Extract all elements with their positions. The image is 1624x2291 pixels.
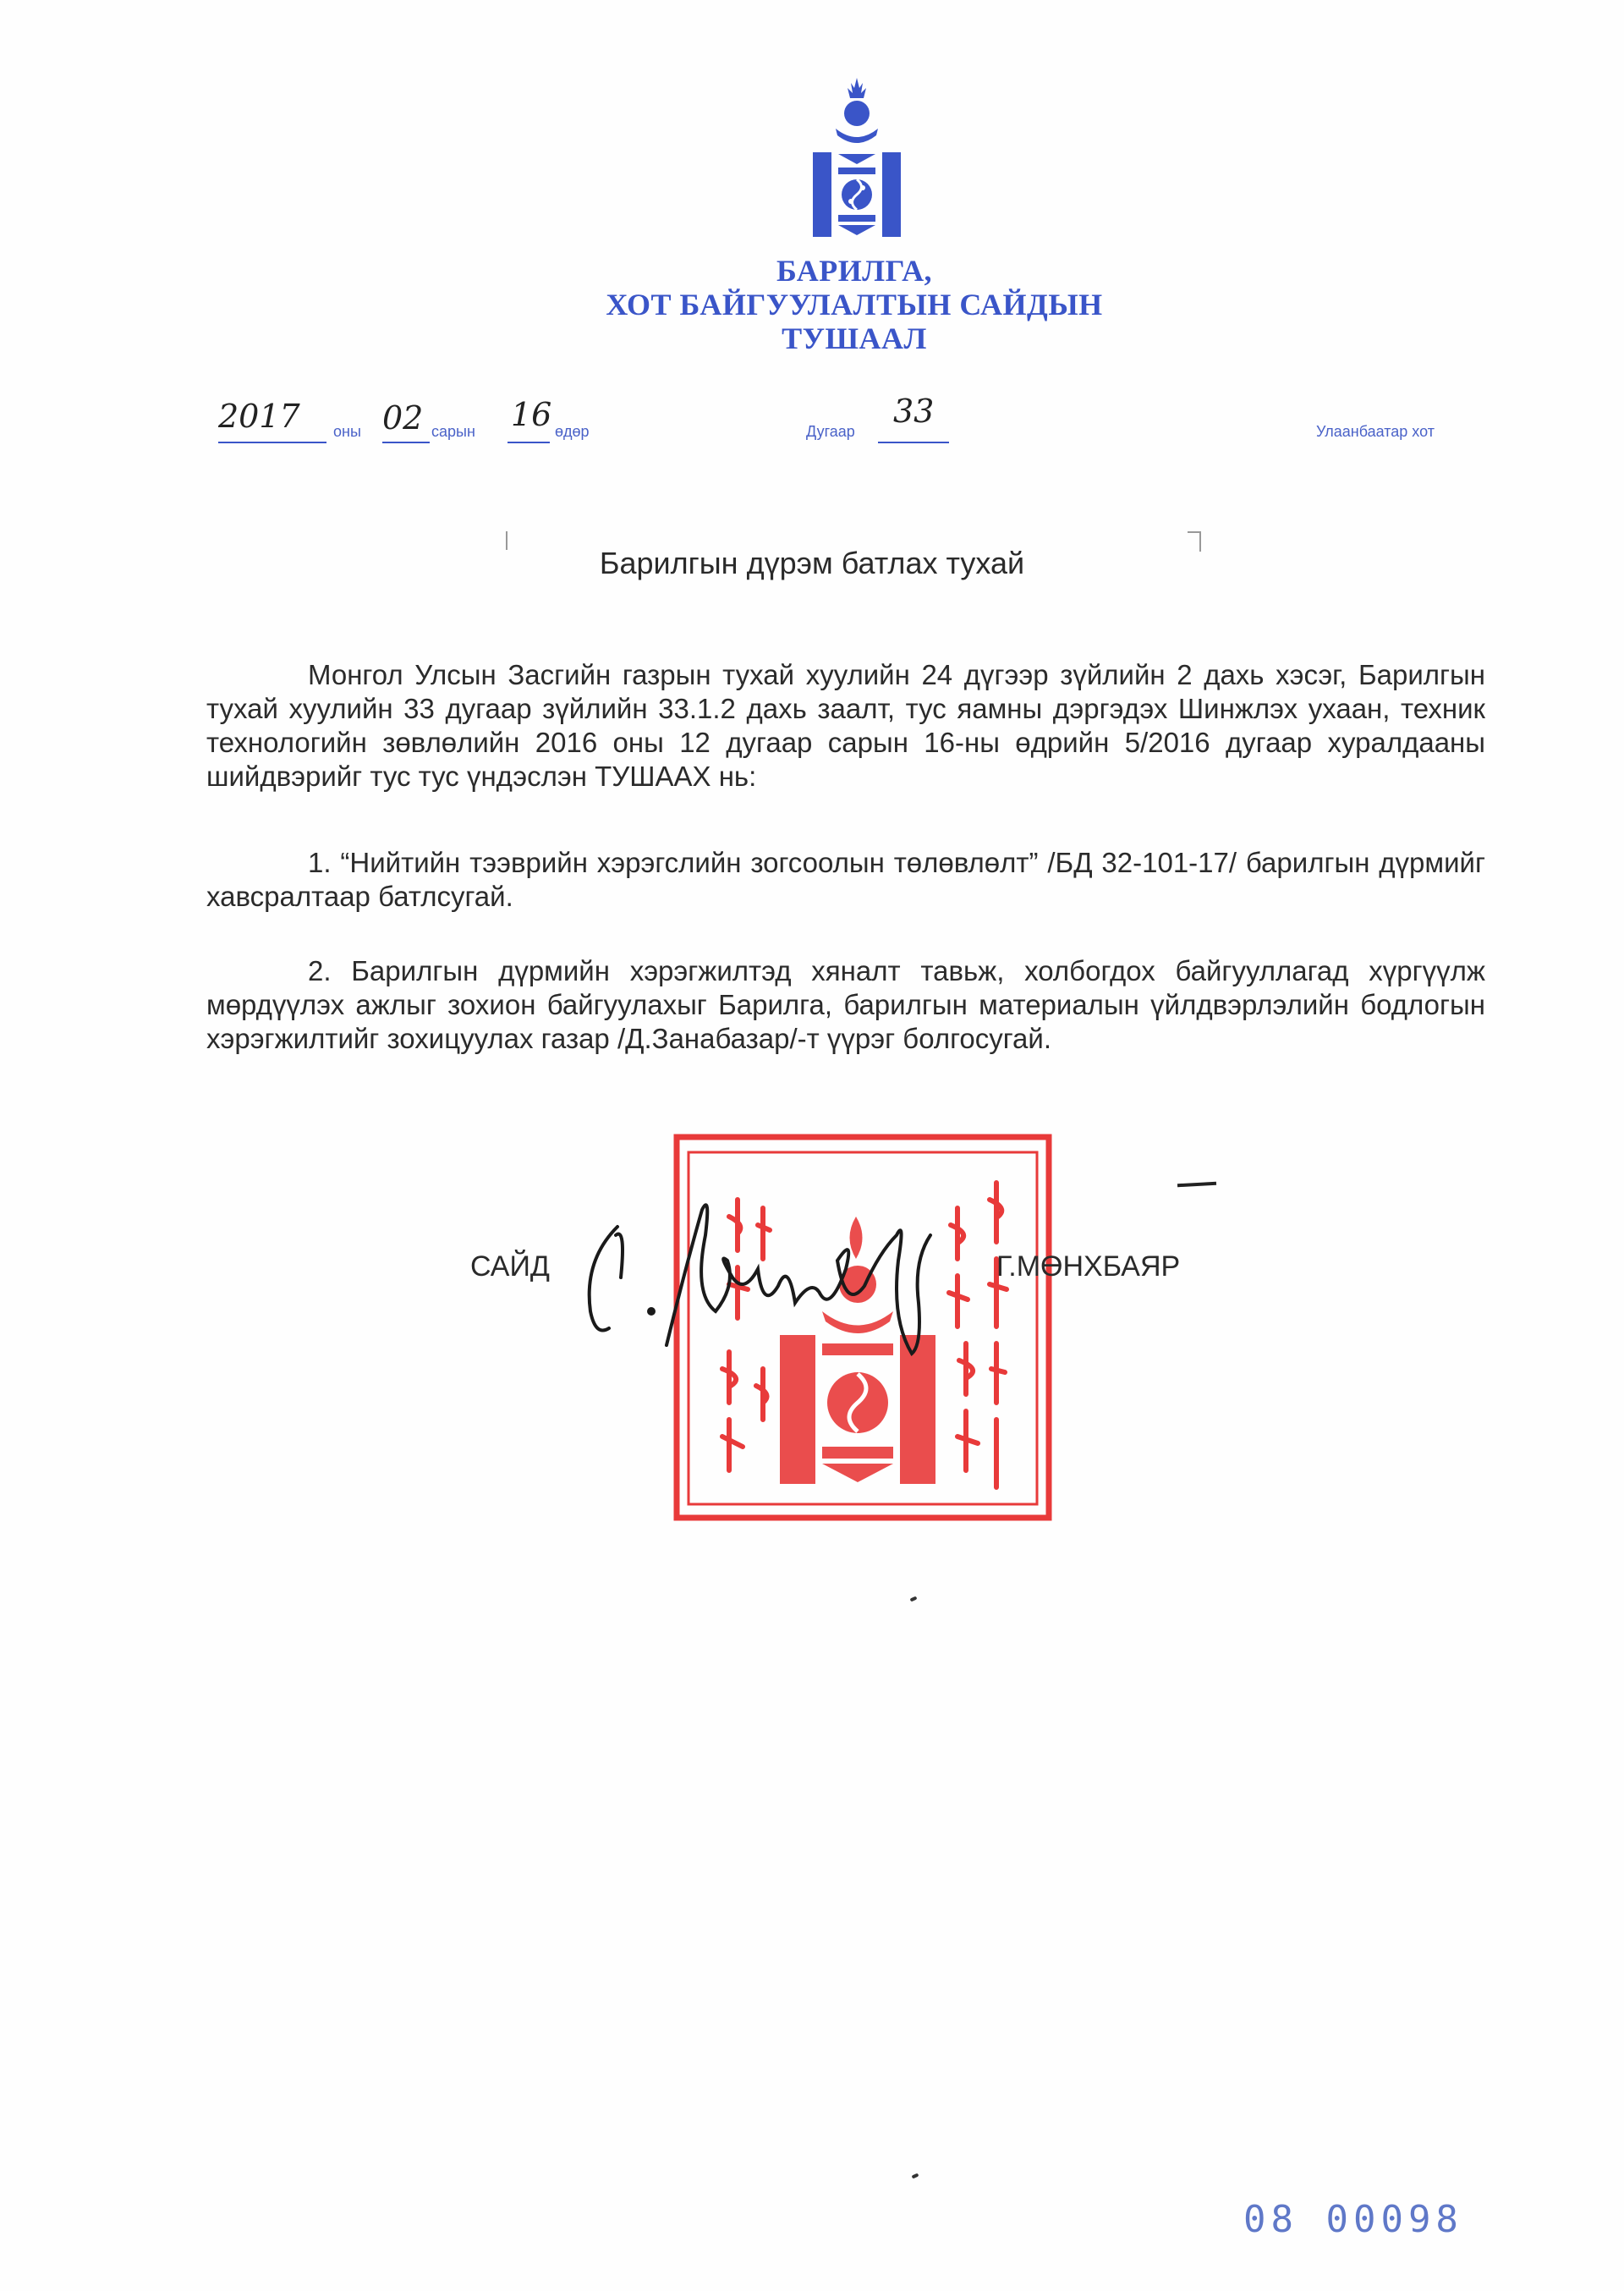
handwritten-dash-mark <box>1177 1182 1216 1187</box>
scan-speck <box>910 1596 918 1602</box>
scan-speck <box>912 2173 919 2178</box>
title-line-1: БАРИЛГА, <box>474 254 1235 288</box>
preamble-text: Монгол Улсын Засгийн газрын тухай хуулий… <box>206 659 1485 792</box>
signatory-title: САЙД <box>470 1250 550 1283</box>
number-label: Дугаар <box>806 423 855 441</box>
number-value: 33 <box>893 393 934 430</box>
preamble-paragraph: Монгол Улсын Засгийн газрын тухай хуулий… <box>206 658 1485 794</box>
title-line-3: ТУШААЛ <box>474 321 1235 355</box>
year-suffix: оны <box>333 423 361 441</box>
signature-row: САЙД Г.МӨНХБАЯР <box>0 1250 1624 1301</box>
month-value: 02 <box>382 399 423 437</box>
year-underline <box>218 442 326 443</box>
document-subject: Барилгын дүрэм батлах тухай <box>0 546 1624 581</box>
year-value: 2017 <box>218 398 300 435</box>
day-underline <box>507 442 550 443</box>
serial-number: 08 00098 <box>1243 2198 1463 2241</box>
number-underline <box>878 442 949 443</box>
order-item-1: 1. “Нийтийн тээврийн хэрэгслийн зогсоолы… <box>206 846 1485 914</box>
month-underline <box>382 442 430 443</box>
month-suffix: сарын <box>431 423 475 441</box>
document-page: БАРИЛГА, ХОТ БАЙГУУЛАЛТЫН САЙДЫН ТУШААЛ … <box>0 0 1624 2291</box>
order-item-2-text: 2. Барилгын дүрмийн хэрэгжилтэд хяналт т… <box>206 955 1485 1054</box>
day-value: 16 <box>511 396 551 433</box>
ministry-order-title: БАРИЛГА, ХОТ БАЙГУУЛАЛТЫН САЙДЫН ТУШААЛ <box>474 254 1235 355</box>
day-suffix: өдөр <box>555 423 590 441</box>
order-item-2: 2. Барилгын дүрмийн хэрэгжилтэд хяналт т… <box>206 954 1485 1056</box>
title-line-2: ХОТ БАЙГУУЛАЛТЫН САЙДЫН <box>474 288 1235 321</box>
date-number-row: 2017 оны 02 сарын 16 өдөр Дугаар 33 Улаа… <box>0 398 1624 448</box>
soyombo-emblem-icon <box>810 76 903 237</box>
order-item-1-text: 1. “Нийтийн тээврийн хэрэгслийн зогсоолы… <box>206 847 1485 912</box>
signatory-name: Г.МӨНХБАЯР <box>996 1250 1180 1283</box>
city-label: Улаанбаатар хот <box>1316 423 1435 441</box>
